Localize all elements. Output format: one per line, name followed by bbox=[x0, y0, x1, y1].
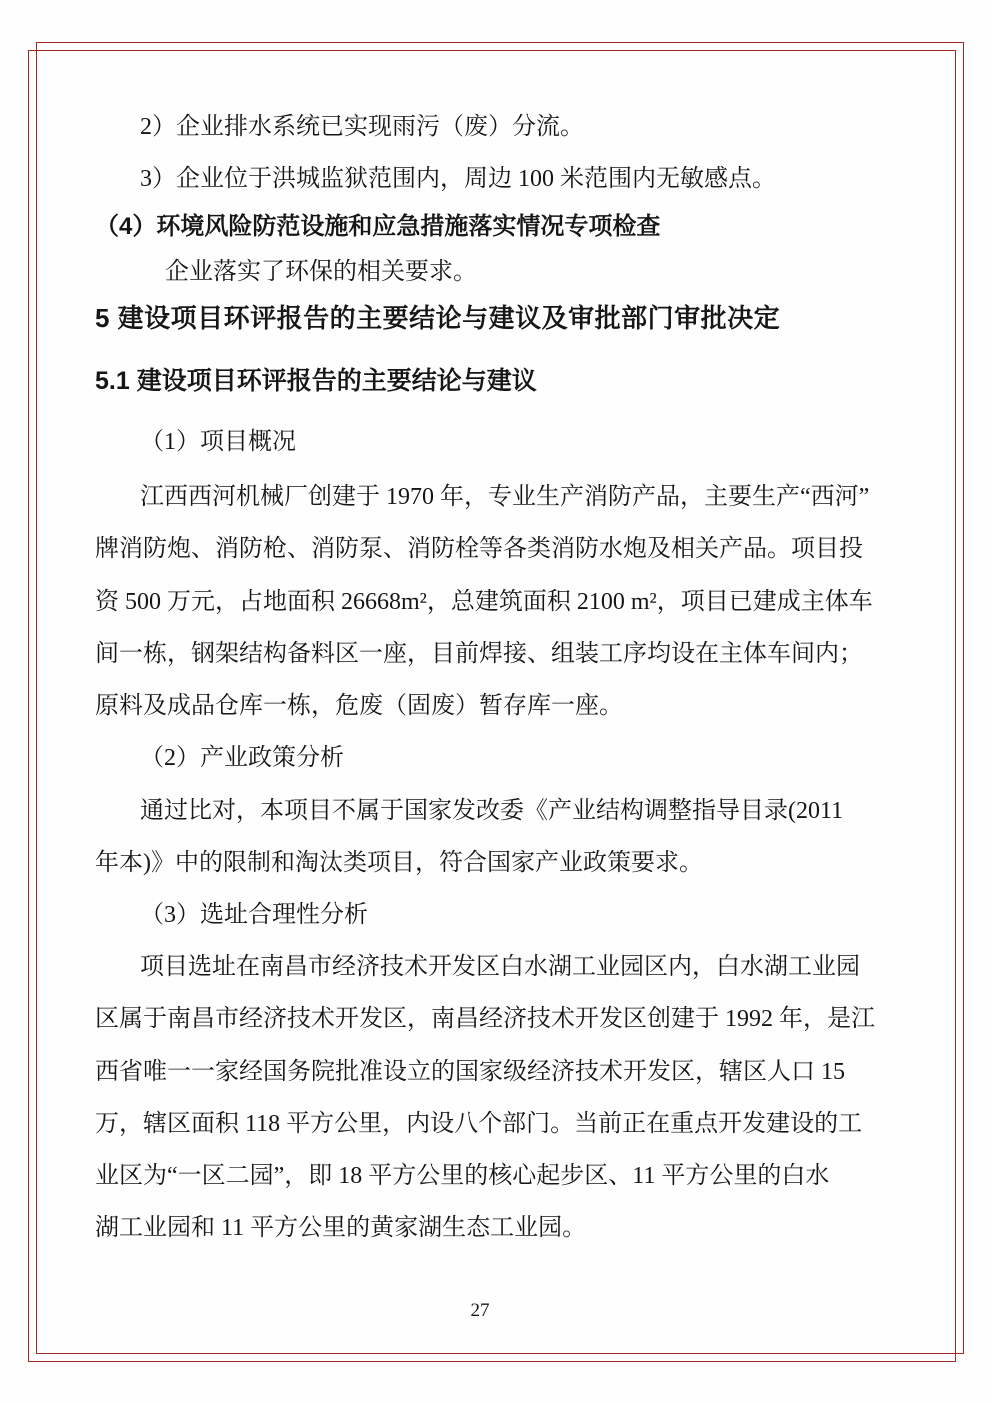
numbered-item-3: 3）企业位于洪城监狱范围内，周边 100 米范围内无敏感点。 bbox=[140, 165, 776, 194]
paragraph-1-line: 江西西河机械厂创建于 1970 年，专业生产消防产品，主要生产“西河” bbox=[140, 483, 869, 512]
paragraph-2-line: 年本)》中的限制和淘汰类项目，符合国家产业政策要求。 bbox=[95, 849, 703, 878]
point-1-label: （1）项目概况 bbox=[140, 428, 296, 457]
numbered-item-2: 2）企业排水系统已实现雨污（废）分流。 bbox=[140, 113, 584, 142]
document-page: 2）企业排水系统已实现雨污（废）分流。 3）企业位于洪城监狱范围内，周边 100… bbox=[0, 0, 992, 1403]
paragraph-1-line: 资 500 万元，占地面积 26668m²，总建筑面积 2100 m²，项目已建… bbox=[95, 588, 873, 617]
subsection-heading-4: （4）环境风险防范设施和应急措施落实情况专项检查 bbox=[95, 213, 660, 242]
chapter-5-heading: 5 建设项目环评报告的主要结论与建议及审批部门审批决定 bbox=[95, 303, 780, 334]
paragraph-3-line: 区属于南昌市经济技术开发区，南昌经济技术开发区创建于 1992 年，是江 bbox=[95, 1005, 875, 1034]
subsection-4-text: 企业落实了环保的相关要求。 bbox=[165, 258, 477, 287]
paragraph-3-line: 项目选址在南昌市经济技术开发区白水湖工业园区内，白水湖工业园 bbox=[140, 953, 860, 982]
paragraph-3-line: 万，辖区面积 118 平方公里，内设八个部门。当前正在重点开发建设的工 bbox=[95, 1110, 862, 1139]
section-5-1-heading: 5.1 建设项目环评报告的主要结论与建议 bbox=[95, 366, 537, 396]
paragraph-3-line: 业区为“一区二园”，即 18 平方公里的核心起步区、11 平方公里的白水 bbox=[95, 1162, 829, 1191]
point-3-label: （3）选址合理性分析 bbox=[140, 901, 368, 930]
page-number: 27 bbox=[0, 1300, 960, 1322]
paragraph-3-line: 西省唯一一家经国务院批准设立的国家级经济技术开发区，辖区人口 15 bbox=[95, 1058, 845, 1087]
paragraph-1-line: 牌消防炮、消防枪、消防泵、消防栓等各类消防水炮及相关产品。项目投 bbox=[95, 535, 863, 564]
point-2-label: （2）产业政策分析 bbox=[140, 744, 344, 773]
paragraph-1-line: 原料及成品仓库一栋，危废（固废）暂存库一座。 bbox=[95, 692, 623, 721]
paragraph-1-line: 间一栋，钢架结构备料区一座，目前焊接、组装工序均设在主体车间内； bbox=[95, 640, 863, 669]
paragraph-2-line: 通过比对，本项目不属于国家发改委《产业结构调整指导目录(2011 bbox=[140, 797, 843, 826]
paragraph-3-line: 湖工业园和 11 平方公里的黄家湖生态工业园。 bbox=[95, 1214, 586, 1243]
